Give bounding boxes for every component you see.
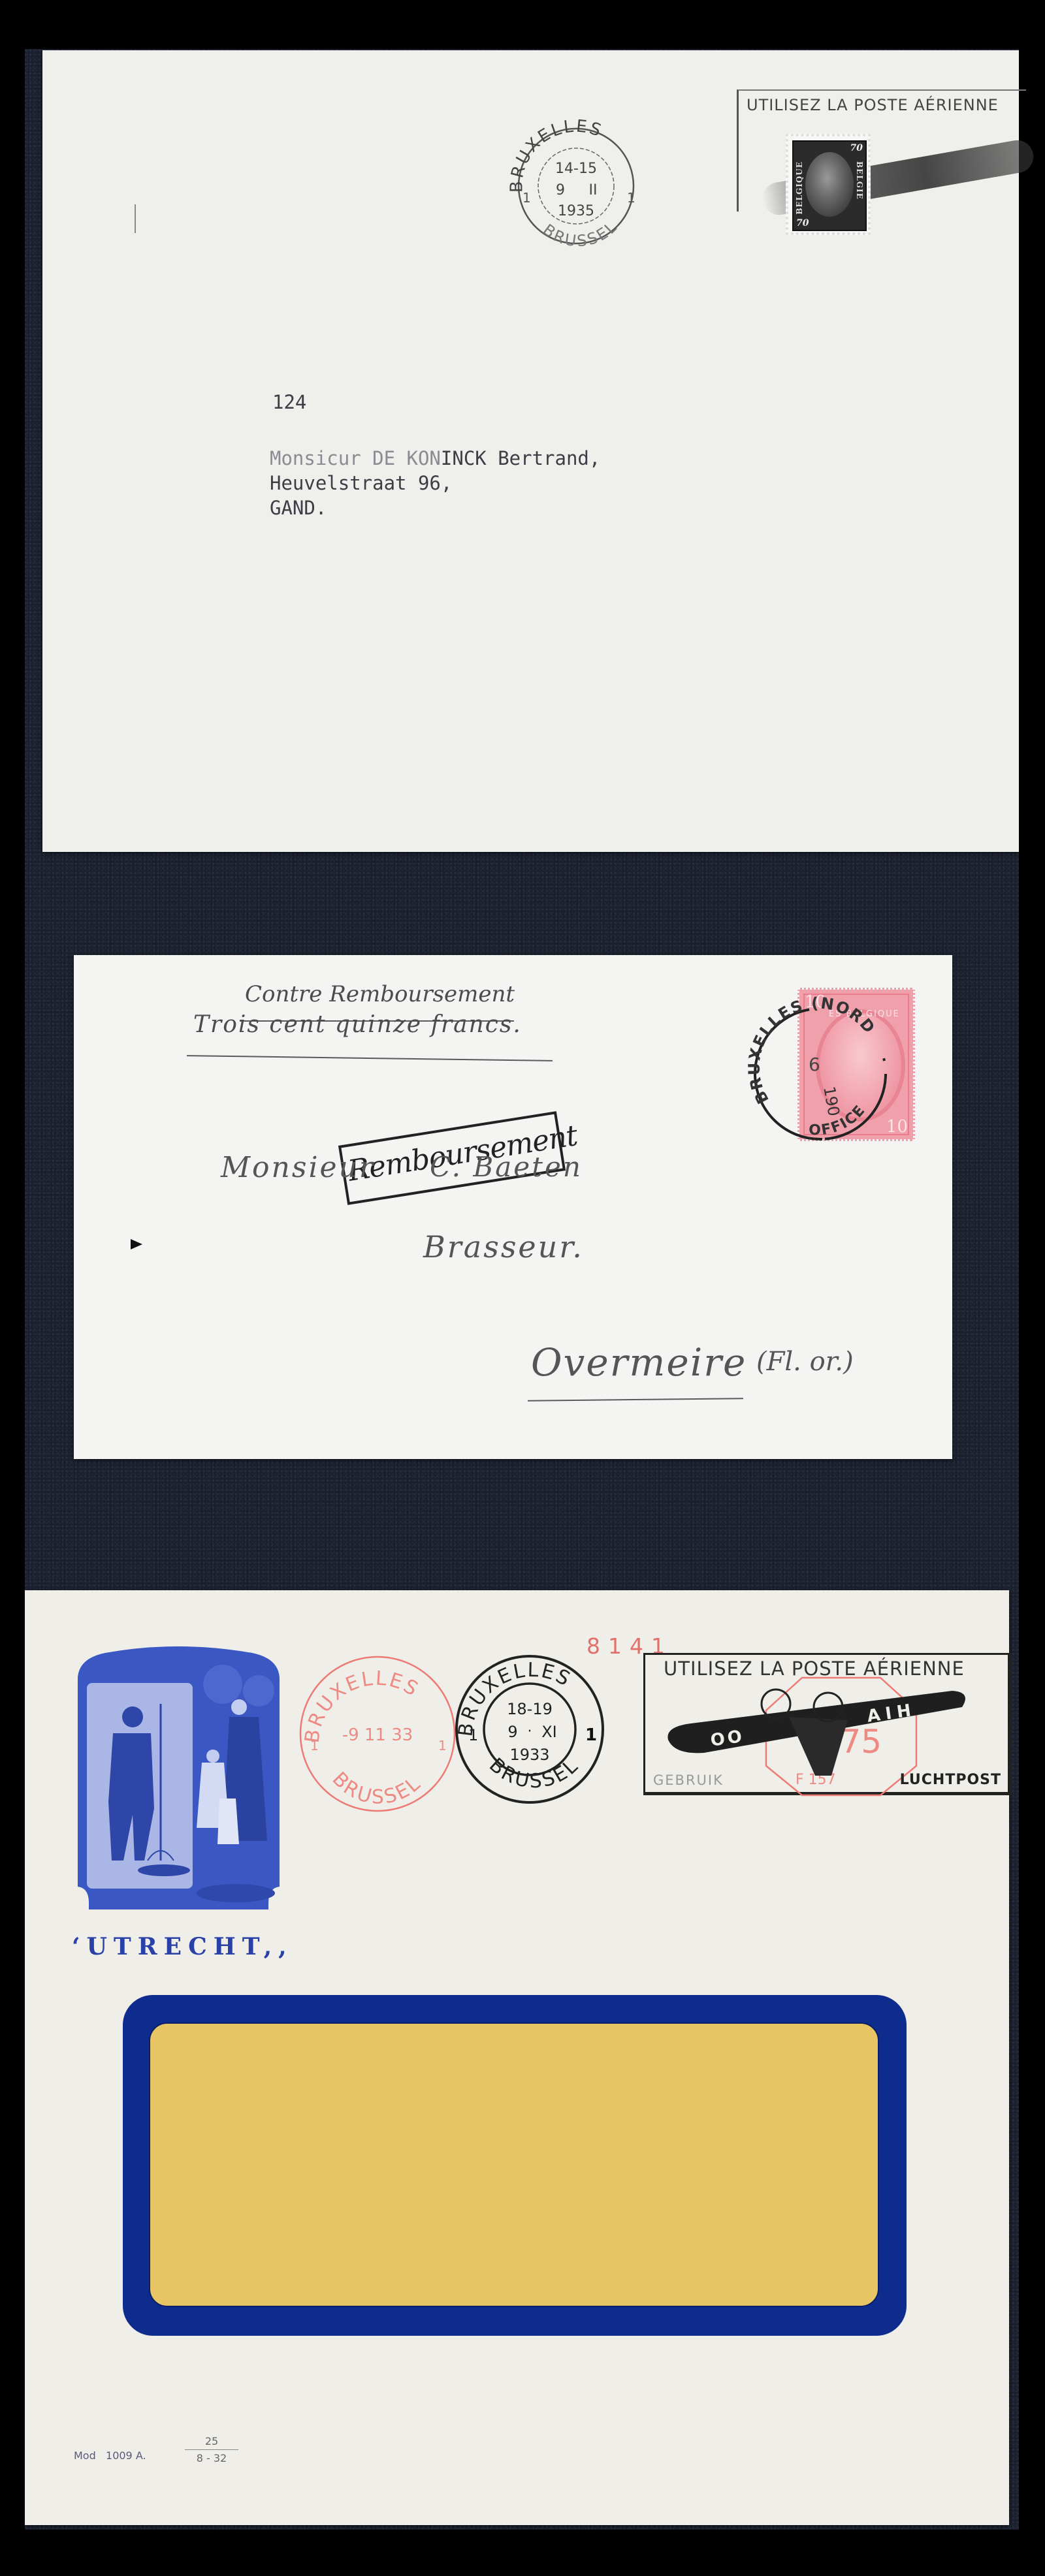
pm4-office-left: 1 xyxy=(468,1726,478,1744)
typed-reference-number: 124 xyxy=(272,390,306,415)
address-line1-faint: Monsicur DE KON xyxy=(270,447,441,469)
advertising-vignette xyxy=(72,1645,285,1914)
envelope-1935-cover: BRUXELLES BRUSSEL 14-15 9 II 1935 1 1 UT… xyxy=(42,50,1019,852)
pm1-city-bottom: BRUSSEL xyxy=(539,217,621,251)
address-region: (Fl. or.) xyxy=(756,1347,854,1377)
typed-address: Monsicur DE KONINCK Bertrand, Heuvelstra… xyxy=(270,446,600,520)
svg-text:·: · xyxy=(528,1723,532,1740)
pm1-year: 1935 xyxy=(558,203,594,219)
address-occupation: Brasseur. xyxy=(423,1229,584,1264)
form-code-fraction: 25 8 - 32 xyxy=(185,2435,238,2464)
pm4-office-right: 1 xyxy=(585,1725,597,1745)
pm1-office-right: 1 xyxy=(627,190,635,206)
pm1-city-top: BRUXELLES xyxy=(507,116,605,193)
meter-office-right: 1 xyxy=(438,1738,447,1753)
address-salutation: Monsieur xyxy=(221,1151,375,1184)
envelope-remboursement-cover: Contre Remboursement Trois cent quinze f… xyxy=(74,955,952,1459)
pm4-day: 9 xyxy=(507,1723,517,1741)
pm4-month: XI xyxy=(541,1723,557,1741)
postmark-bruxelles-1935: BRUXELLES BRUSSEL 14-15 9 II 1935 1 1 xyxy=(503,121,653,254)
company-name-utrecht: ‘UTRECHT,, xyxy=(72,1933,293,1960)
meter-postmark-red: BRUXELLES BRUSSEL -9 11 33 1 1 xyxy=(296,1652,459,1818)
pm2-text-top: BRUXELLES (NORD) xyxy=(739,981,880,1107)
pm1-month: II xyxy=(589,182,598,198)
stamp-belgium-70c: BELGIQUE BELGIE 70 70 xyxy=(786,134,871,235)
pm2-year: 190 xyxy=(820,1085,843,1118)
handwritten-header-line2: Trois cent quinze francs. xyxy=(193,1011,522,1038)
address-window-glassine xyxy=(149,2022,879,2307)
postmark-bruxelles-1933: BRUXELLES BRUSSEL 18-19 9 · XI 1933 1 1 xyxy=(453,1652,616,1812)
plane-reg-left: OO xyxy=(709,1727,746,1751)
address-name: C. Baeten xyxy=(430,1151,583,1183)
airplane-icon: OO AIH xyxy=(665,1678,972,1776)
king-portrait xyxy=(805,152,854,217)
pencil-mark xyxy=(135,204,136,233)
svg-text:BRUXELLES (NORD): BRUXELLES (NORD) xyxy=(739,981,880,1107)
pm1-day: 9 xyxy=(556,182,565,198)
postmark-bruxelles-nord: BRUXELLES (NORD) OFFICE 6 190 xyxy=(743,996,893,1148)
meter-date: -9 11 33 xyxy=(342,1725,413,1745)
stamp1-country-left: BELGIQUE xyxy=(795,161,804,215)
form-code-prefix: Mod xyxy=(74,2449,96,2462)
address-line1: INCK Bertrand, xyxy=(441,447,600,469)
form-code-numerator: 25 xyxy=(185,2435,238,2447)
stamp1-value-top: 70 xyxy=(850,143,863,153)
punch-hole xyxy=(131,1239,142,1249)
airmail-slogan-bottom-left: GEBRUIK xyxy=(653,1772,724,1788)
address-line2: Heuvelstraat 96, xyxy=(270,472,452,494)
pm1-office-left: 1 xyxy=(522,190,531,206)
underline-3 xyxy=(528,1398,743,1401)
address-town: Overmeire xyxy=(531,1340,747,1385)
slogan-cancel-text: UTILISEZ LA POSTE AÉRIENNE xyxy=(747,96,999,114)
pm1-time: 14-15 xyxy=(555,161,597,177)
pm2-day: 6 xyxy=(809,1054,820,1075)
meter-office-left: 1 xyxy=(310,1738,319,1753)
pm4-year: 1933 xyxy=(509,1746,549,1764)
handwritten-header-line1: Contre Remboursement xyxy=(245,981,515,1007)
svg-text:BRUSSEL: BRUSSEL xyxy=(539,217,621,251)
envelope-utrecht-cover: ‘UTRECHT,, BRUXELLES BRUSSEL -9 11 33 1 … xyxy=(25,1590,1009,2525)
stamp1-country-right: BELGIE xyxy=(855,161,864,200)
stamp1-value-bottom: 70 xyxy=(796,218,809,228)
underline-2 xyxy=(187,1055,553,1061)
pm4-time: 18-19 xyxy=(507,1700,553,1718)
form-code-number: 1009 A. xyxy=(106,2449,146,2462)
airmail-slogan-box: UTILISEZ LA POSTE AÉRIENNE 1F75 F 157 OO… xyxy=(643,1653,1012,1795)
form-code: Mod 1009 A. xyxy=(74,2449,146,2462)
svg-text:BRUXELLES: BRUXELLES xyxy=(507,116,605,193)
airmail-slogan-bottom: LUCHTPOST xyxy=(900,1772,1001,1788)
form-code-denominator: 8 - 32 xyxy=(185,2452,238,2464)
address-window-border xyxy=(123,1995,907,2336)
address-line3: GAND. xyxy=(270,497,327,519)
